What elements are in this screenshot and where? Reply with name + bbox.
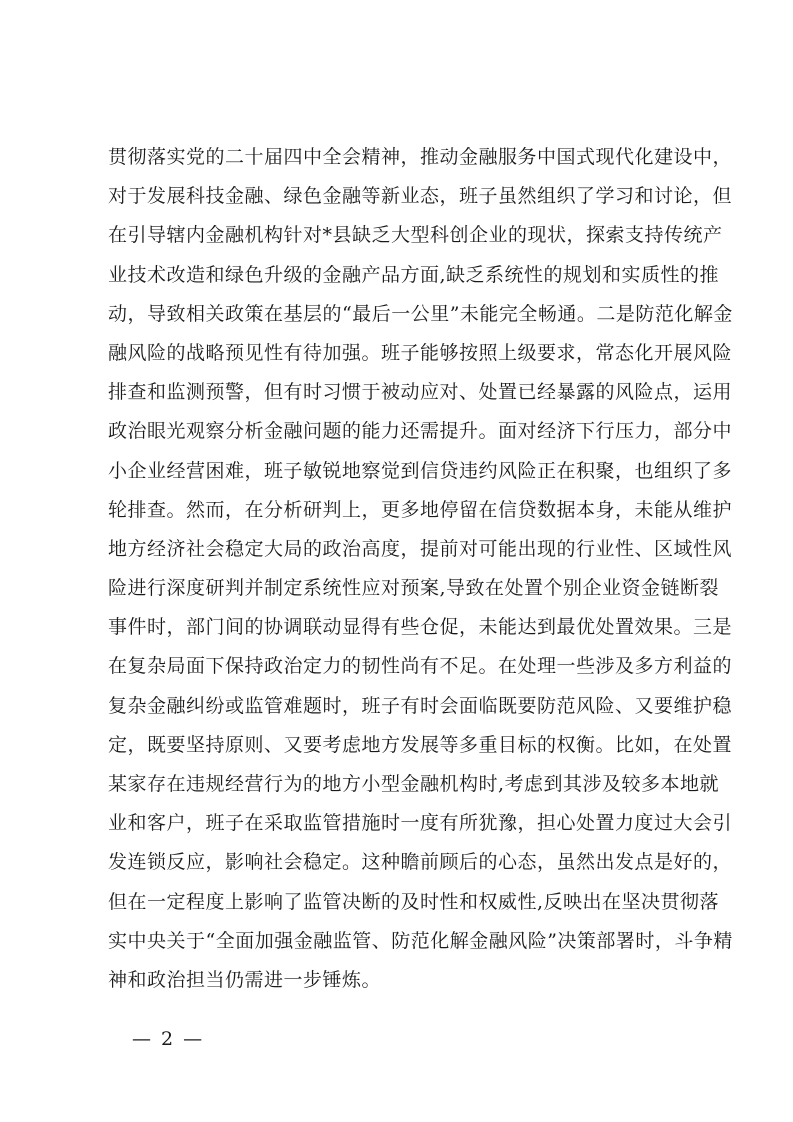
text-line: 地方经济社会稳定大局的政治高度，提前对可能出现的行业性、区域性风: [108, 530, 698, 569]
document-page: 贯彻落实党的二十届四中全会精神，推动金融服务中国式现代化建设中， 对于发展科技金…: [0, 0, 793, 1122]
text-line: 险进行深度研判并制定系统性应对预案,导致在处置个别企业资金链断裂: [108, 569, 698, 608]
text-line: 政治眼光观察分析金融问题的能力还需提升。面对经济下行压力，部分中: [108, 412, 698, 451]
body-paragraph: 贯彻落实党的二十届四中全会精神，推动金融服务中国式现代化建设中， 对于发展科技金…: [108, 138, 698, 1000]
text-line: 轮排查。然而，在分析研判上，更多地停留在信贷数据本身，未能从维护: [108, 491, 698, 530]
text-line: 动，导致相关政策在基层的“最后一公里”未能完全畅通。二是防范化解金: [108, 295, 698, 334]
text-line: 融风险的战略预见性有待加强。班子能够按照上级要求，常态化开展风险: [108, 334, 698, 373]
text-line: 排查和监测预警，但有时习惯于被动应对、处置已经暴露的风险点，运用: [108, 373, 698, 412]
text-line: 发连锁反应，影响社会稳定。这种瞻前顾后的心态，虽然出发点是好的，: [108, 843, 698, 882]
text-line: 神和政治担当仍需进一步锤炼。: [108, 961, 698, 1000]
text-line: 小企业经营困难，班子敏锐地察觉到信贷违约风险正在积聚，也组织了多: [108, 452, 698, 491]
text-line: 某家存在违规经营行为的地方小型金融机构时,考虑到其涉及较多本地就: [108, 765, 698, 804]
text-line: 在引导辖内金融机构针对*县缺乏大型科创企业的现状，探索支持传统产: [108, 216, 698, 255]
text-line: 对于发展科技金融、绿色金融等新业态，班子虽然组织了学习和讨论，但: [108, 177, 698, 216]
text-line: 定，既要坚持原则、又要考虑地方发展等多重目标的权衡。比如，在处置: [108, 726, 698, 765]
text-line: 复杂金融纠纷或监管难题时，班子有时会面临既要防范风险、又要维护稳: [108, 687, 698, 726]
text-line: 事件时，部门间的协调联动显得有些仓促，未能达到最优处置效果。三是: [108, 608, 698, 647]
text-line: 业和客户，班子在采取监管措施时一度有所犹豫，担心处置力度过大会引: [108, 804, 698, 843]
text-line: 业技术改造和绿色升级的金融产品方面,缺乏系统性的规划和实质性的推: [108, 256, 698, 295]
text-line: 但在一定程度上影响了监管决断的及时性和权威性,反映出在坚决贯彻落: [108, 883, 698, 922]
text-line: 贯彻落实党的二十届四中全会精神，推动金融服务中国式现代化建设中，: [108, 138, 698, 177]
text-line: 在复杂局面下保持政治定力的韧性尚有不足。在处理一些涉及多方利益的: [108, 647, 698, 686]
page-number: — 2 —: [132, 1028, 204, 1050]
text-line: 实中央关于“全面加强金融监管、防范化解金融风险”决策部署时，斗争精: [108, 922, 698, 961]
